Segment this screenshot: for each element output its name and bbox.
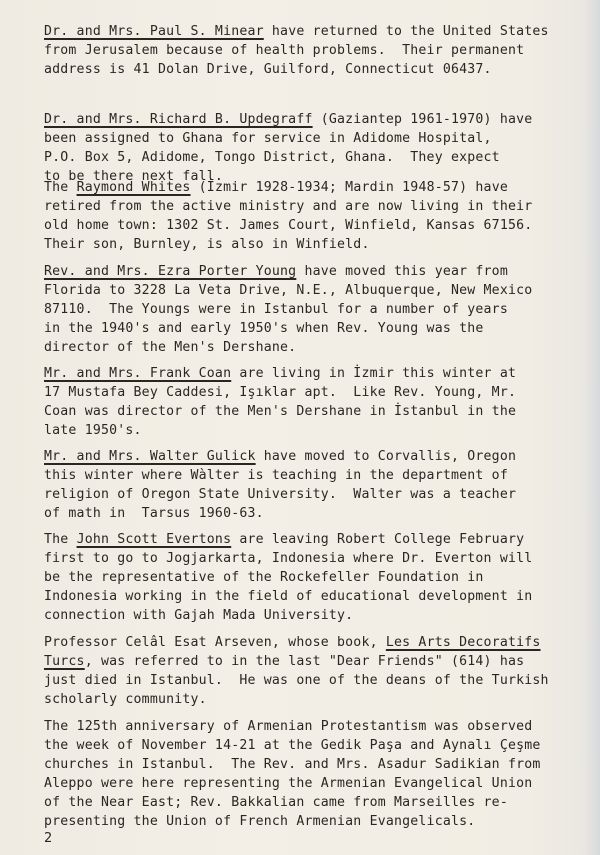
text-line: of math in Tarsus 1960-63.	[44, 504, 516, 523]
text-segment: are living in İzmir this winter at	[231, 366, 516, 381]
text-line: P.O. Box 5, Adidome, Tongo District, Gha…	[44, 148, 532, 167]
text-segment: religion of Oregon State University. Wal…	[44, 487, 516, 502]
paragraph-coan: Mr. and Mrs. Frank Coan are living in İz…	[44, 364, 516, 440]
text-segment: Indonesia working in the field of educat…	[44, 589, 532, 604]
text-line: late 1950's.	[44, 421, 516, 440]
text-segment: from Jerusalem because of health problem…	[44, 43, 524, 58]
text-line: Rev. and Mrs. Ezra Porter Young have mov…	[44, 262, 532, 281]
text-line: religion of Oregon State University. Wal…	[44, 485, 516, 504]
text-line: Dr. and Mrs. Richard B. Updegraff (Gazia…	[44, 110, 532, 129]
text-segment: director of the Men's Dershane.	[44, 340, 296, 355]
text-segment: late 1950's.	[44, 423, 142, 438]
text-line: been assigned to Ghana for service in Ad…	[44, 129, 532, 148]
scanned-page: Dr. and Mrs. Paul S. Minear have returne…	[0, 0, 600, 855]
text-line: of the Near East; Rev. Bakkalian came fr…	[44, 793, 541, 812]
text-segment: first to go to Jogjarkarta, Indonesia wh…	[44, 551, 532, 566]
text-segment: Florida to 3228 La Veta Drive, N.E., Alb…	[44, 283, 532, 298]
text-segment: address is 41 Dolan Drive, Guilford, Con…	[44, 62, 492, 77]
text-segment: be the representative of the Rockefeller…	[44, 570, 484, 585]
text-segment: of the Near East; Rev. Bakkalian came fr…	[44, 795, 508, 810]
paragraph-armenian-anniversary: The 125th anniversary of Armenian Protes…	[44, 717, 541, 831]
underlined-name: Mr. and Mrs. Frank Coan	[44, 366, 231, 381]
text-line: Turcs, was referred to in the last "Dear…	[44, 652, 549, 671]
text-line: Aleppo were here representing the Armeni…	[44, 774, 541, 793]
text-segment: The 125th anniversary of Armenian Protes…	[44, 719, 532, 734]
text-line: The 125th anniversary of Armenian Protes…	[44, 717, 541, 736]
text-segment: have moved to Corvallis, Oregon	[256, 449, 516, 464]
paragraph-minear: Dr. and Mrs. Paul S. Minear have returne…	[44, 22, 549, 79]
text-line: Professor Celâl Esat Arseven, whose book…	[44, 633, 549, 652]
text-line: presenting the Union of French Armenian …	[44, 812, 541, 831]
paragraph-young: Rev. and Mrs. Ezra Porter Young have mov…	[44, 262, 532, 357]
text-segment: have returned to the United States	[264, 24, 549, 39]
text-line: just died in Istanbul. He was one of the…	[44, 671, 549, 690]
text-segment: been assigned to Ghana for service in Ad…	[44, 131, 492, 146]
text-segment: the week of November 14-21 at the Gedik …	[44, 738, 541, 753]
paragraph-updegraff: Dr. and Mrs. Richard B. Updegraff (Gazia…	[44, 110, 532, 186]
text-line: The Raymond Whites (İzmir 1928-1934; Mar…	[44, 178, 532, 197]
text-line: retired from the active ministry and are…	[44, 197, 532, 216]
paragraph-whites: The Raymond Whites (İzmir 1928-1934; Mar…	[44, 178, 532, 254]
text-segment: connection with Gajah Mada University.	[44, 608, 353, 623]
text-line: connection with Gajah Mada University.	[44, 606, 532, 625]
text-line: Indonesia working in the field of educat…	[44, 587, 532, 606]
text-segment: Coan was director of the Men's Dershane …	[44, 404, 516, 419]
text-segment: retired from the active ministry and are…	[44, 199, 532, 214]
text-segment: have moved this year from	[296, 264, 508, 279]
text-line: Coan was director of the Men's Dershane …	[44, 402, 516, 421]
paragraph-evertons: The John Scott Evertons are leaving Robe…	[44, 530, 532, 625]
text-segment: Professor Celâl Esat Arseven, whose book…	[44, 635, 386, 650]
paragraph-arseven: Professor Celâl Esat Arseven, whose book…	[44, 633, 549, 709]
text-segment: in the 1940's and early 1950's when Rev.…	[44, 321, 484, 336]
text-line: first to go to Jogjarkarta, Indonesia wh…	[44, 549, 532, 568]
text-segment: just died in Istanbul. He was one of the…	[44, 673, 549, 688]
text-segment: of math in Tarsus 1960-63.	[44, 506, 264, 521]
text-segment: The	[44, 532, 77, 547]
paragraph-gulick: Mr. and Mrs. Walter Gulick have moved to…	[44, 447, 516, 523]
text-segment: churches in Istanbul. The Rev. and Mrs. …	[44, 757, 541, 772]
text-line: director of the Men's Dershane.	[44, 338, 532, 357]
text-segment: Aleppo were here representing the Armeni…	[44, 776, 532, 791]
text-segment: , was referred to in the last "Dear Frie…	[85, 654, 525, 669]
text-segment: (Gaziantep 1961-1970) have	[313, 112, 533, 127]
text-line: from Jerusalem because of health problem…	[44, 41, 549, 60]
underlined-name: Dr. and Mrs. Paul S. Minear	[44, 24, 264, 39]
text-line: in the 1940's and early 1950's when Rev.…	[44, 319, 532, 338]
text-line: Their son, Burnley, is also in Winfield.	[44, 235, 532, 254]
text-segment: scholarly community.	[44, 692, 207, 707]
underlined-name: Mr. and Mrs. Walter Gulick	[44, 449, 256, 464]
text-line: 17 Mustafa Bey Caddesi, Işıklar apt. Lik…	[44, 383, 516, 402]
text-line: old home town: 1302 St. James Court, Win…	[44, 216, 532, 235]
text-segment: this winter where Wàlter is teaching in …	[44, 468, 508, 483]
page-edge-shadow	[586, 0, 600, 855]
underlined-name: Rev. and Mrs. Ezra Porter Young	[44, 264, 296, 279]
text-segment: are leaving Robert College February	[231, 532, 524, 547]
text-segment: old home town: 1302 St. James Court, Win…	[44, 218, 532, 233]
text-segment: (İzmir 1928-1934; Mardin 1948-57) have	[191, 180, 508, 195]
text-line: this winter where Wàlter is teaching in …	[44, 466, 516, 485]
text-line: Mr. and Mrs. Frank Coan are living in İz…	[44, 364, 516, 383]
text-line: Dr. and Mrs. Paul S. Minear have returne…	[44, 22, 549, 41]
page-number: 2	[44, 830, 52, 846]
text-segment: presenting the Union of French Armenian …	[44, 814, 475, 829]
text-line: address is 41 Dolan Drive, Guilford, Con…	[44, 60, 549, 79]
text-line: the week of November 14-21 at the Gedik …	[44, 736, 541, 755]
text-line: Florida to 3228 La Veta Drive, N.E., Alb…	[44, 281, 532, 300]
underlined-name: Raymond Whites	[77, 180, 191, 195]
text-line: churches in Istanbul. The Rev. and Mrs. …	[44, 755, 541, 774]
text-line: be the representative of the Rockefeller…	[44, 568, 532, 587]
text-line: scholarly community.	[44, 690, 549, 709]
text-line: The John Scott Evertons are leaving Robe…	[44, 530, 532, 549]
text-segment: 87110. The Youngs were in Istanbul for a…	[44, 302, 508, 317]
underlined-name: John Scott Evertons	[77, 532, 232, 547]
underlined-name: Turcs	[44, 654, 85, 669]
text-line: 87110. The Youngs were in Istanbul for a…	[44, 300, 532, 319]
underlined-name: Dr. and Mrs. Richard B. Updegraff	[44, 112, 313, 127]
text-segment: The	[44, 180, 77, 195]
underlined-name: Les Arts Decoratifs	[386, 635, 541, 650]
text-segment: 17 Mustafa Bey Caddesi, Işıklar apt. Lik…	[44, 385, 516, 400]
text-segment: Their son, Burnley, is also in Winfield.	[44, 237, 370, 252]
text-line: Mr. and Mrs. Walter Gulick have moved to…	[44, 447, 516, 466]
text-segment: P.O. Box 5, Adidome, Tongo District, Gha…	[44, 150, 500, 165]
